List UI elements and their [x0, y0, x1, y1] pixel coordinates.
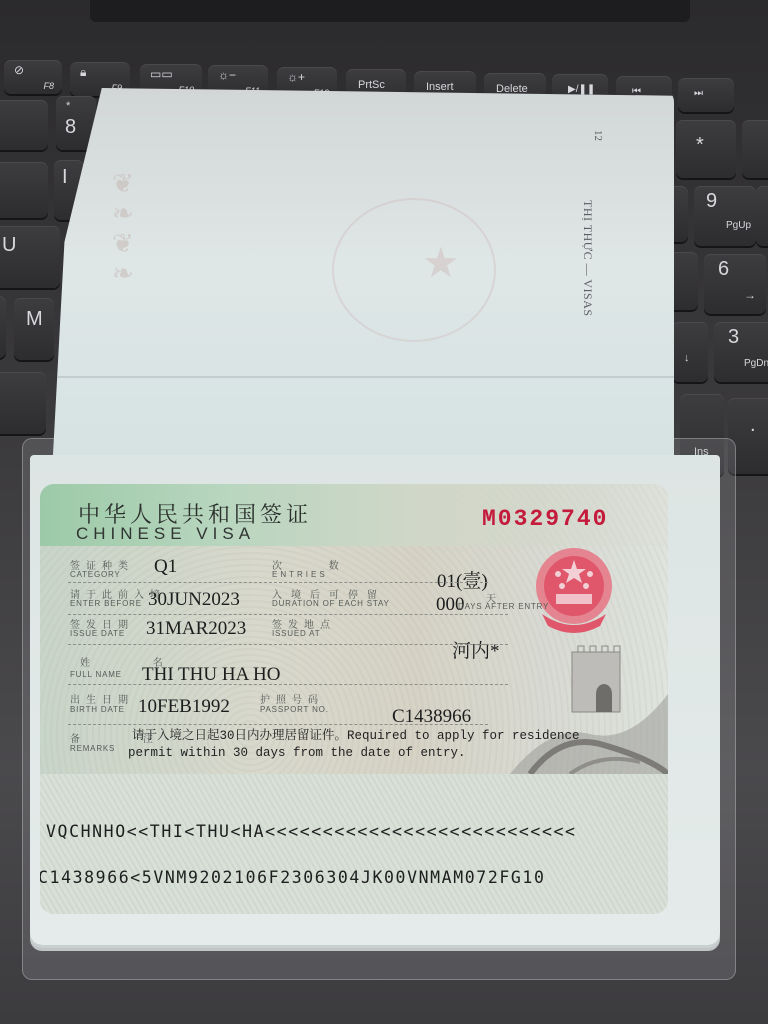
- visa-birth-date-value: 10FEB1992: [138, 696, 230, 718]
- visa-entries-value: 01(壹): [437, 566, 488, 593]
- page-section-label: THỊ THỰC — VISAS: [580, 200, 595, 317]
- visa-number: M0329740: [482, 506, 608, 532]
- passport-page-upper: ❦❧❦❧ 12 THỊ THỰC — VISAS: [52, 88, 674, 473]
- visa-full-name-value: THI THU HA HO: [142, 664, 280, 686]
- key-blank[interactable]: [756, 186, 768, 246]
- floral-watermark-icon: ❦❧❦❧: [112, 168, 152, 308]
- brightness-up-icon: ☼+: [287, 70, 305, 84]
- visa-issue-date-value: 31MAR2023: [146, 618, 246, 640]
- page-number: 12: [592, 130, 604, 141]
- key-m[interactable]: M: [14, 298, 54, 360]
- key-f8[interactable]: ⊘F8: [4, 60, 62, 94]
- lock-icon: 🔒︎: [80, 65, 86, 80]
- vietnam-emblem-watermark-icon: [332, 198, 496, 342]
- visa-category-value: Q1: [154, 556, 177, 578]
- display-switch-icon: ▭▭: [150, 67, 173, 81]
- visa-issued-at-value: 河内*: [452, 636, 500, 663]
- mrz-line-1: VQCHNHO<<THI<THU<HA<<<<<<<<<<<<<<<<<<<<<…: [46, 822, 577, 841]
- china-national-emblem-icon: [528, 544, 620, 640]
- key-asterisk[interactable]: *: [676, 120, 736, 178]
- key-blank[interactable]: [0, 296, 6, 358]
- key-3-pgdn[interactable]: 3 PgDn: [714, 322, 768, 382]
- key-down-arrow[interactable]: ↓: [672, 322, 708, 382]
- key-u[interactable]: U: [0, 226, 60, 288]
- mrz-zone: [40, 774, 668, 914]
- laptop-hinge: [90, 0, 690, 22]
- visa-title-english: CHINESE VISA: [76, 524, 255, 544]
- key-9-pgup[interactable]: 9 PgUp: [694, 186, 756, 246]
- key-blank[interactable]: [0, 100, 48, 150]
- brightness-down-icon: ☼−: [218, 68, 236, 82]
- key--[interactable]: ⏭: [678, 78, 734, 112]
- key-minus[interactable]: [742, 120, 768, 178]
- chinese-visa-sticker: 中华人民共和国签证 CHINESE VISA M0329740 签证种类 CAT…: [40, 484, 668, 914]
- visa-remarks-text: 请于入境之日起30日内办理居留证件。Required to apply for …: [132, 728, 632, 762]
- camera-off-icon: ⊘: [14, 63, 24, 77]
- page-fold-line: [52, 376, 674, 378]
- key-blank[interactable]: [0, 162, 48, 218]
- key-6-right[interactable]: 6 →: [704, 254, 766, 314]
- mrz-line-2: C1438966<5VNM9202106F2306304JK00VNMAM072…: [40, 868, 546, 887]
- visa-enter-before-value: 30JUN2023: [148, 589, 240, 611]
- key-blank[interactable]: [0, 372, 46, 434]
